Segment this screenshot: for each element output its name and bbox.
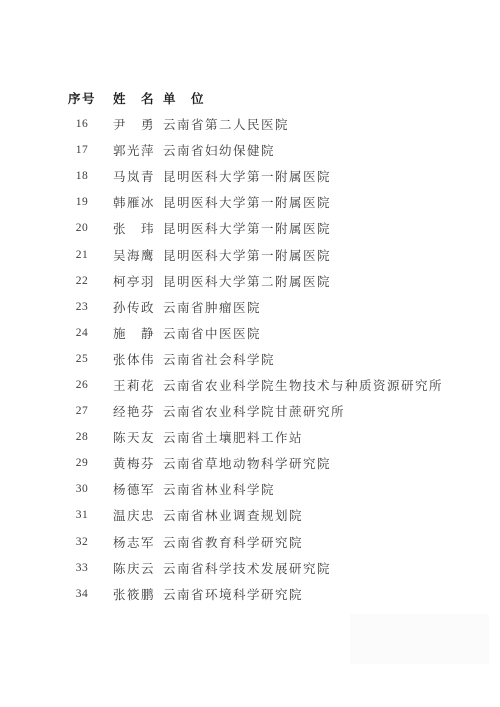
roster-table: 序号 姓 名 单 位 16 尹 勇 云南省第二人民医院 17 郭光萍 云南省妇幼…	[68, 85, 484, 607]
row-unit: 云南省环境科学研究院	[163, 585, 484, 603]
row-unit: 云南省草地动物科学研究院	[163, 454, 484, 472]
table-row: 29 黄梅芬 云南省草地动物科学研究院	[68, 450, 484, 476]
header-col-number: 序号	[68, 89, 96, 107]
row-name: 韩雁冰	[113, 193, 163, 211]
row-unit: 云南省农业科学院生物技术与种质资源研究所	[163, 376, 484, 394]
roster-table-body: 16 尹 勇 云南省第二人民医院 17 郭光萍 云南省妇幼保健院 18 马岚青 …	[68, 111, 484, 607]
row-number: 29	[68, 457, 96, 469]
row-number: 33	[68, 562, 96, 574]
row-name: 郭光萍	[113, 141, 163, 159]
row-name: 柯亭羽	[113, 272, 163, 290]
table-row: 34 张筱鹏 云南省环境科学研究院	[68, 581, 484, 607]
table-row: 32 杨志军 云南省教育科学研究院	[68, 529, 484, 555]
row-number: 30	[68, 483, 96, 495]
row-unit: 云南省中医医院	[163, 324, 484, 342]
row-name: 孙传政	[113, 298, 163, 316]
row-name: 陈庆云	[113, 559, 163, 577]
row-number: 28	[68, 431, 96, 443]
header-col-unit: 单 位	[163, 89, 484, 107]
table-row: 23 孙传政 云南省肿瘤医院	[68, 294, 484, 320]
row-unit: 云南省妇幼保健院	[163, 141, 484, 159]
row-unit: 昆明医科大学第二附属医院	[163, 272, 484, 290]
scan-artifact	[350, 614, 489, 664]
row-number: 32	[68, 536, 96, 548]
table-row: 26 王莉花 云南省农业科学院生物技术与种质资源研究所	[68, 372, 484, 398]
row-name: 陈天友	[113, 428, 163, 446]
table-row: 21 吴海鹰 昆明医科大学第一附属医院	[68, 241, 484, 267]
row-name: 杨志军	[113, 533, 163, 551]
row-number: 16	[68, 118, 96, 130]
row-unit: 云南省林业科学院	[163, 480, 484, 498]
row-unit: 云南省社会科学院	[163, 350, 484, 368]
table-row: 18 马岚青 昆明医科大学第一附属医院	[68, 163, 484, 189]
row-unit: 昆明医科大学第一附属医院	[163, 193, 484, 211]
scanned-document-page: 序号 姓 名 单 位 16 尹 勇 云南省第二人民医院 17 郭光萍 云南省妇幼…	[0, 0, 500, 707]
table-row: 28 陈天友 云南省土壤肥料工作站	[68, 424, 484, 450]
row-unit: 云南省肿瘤医院	[163, 298, 484, 316]
row-number: 25	[68, 353, 96, 365]
row-number: 19	[68, 196, 96, 208]
table-row: 30 杨德军 云南省林业科学院	[68, 476, 484, 502]
row-unit: 云南省农业科学院甘蔗研究所	[163, 402, 484, 420]
row-number: 31	[68, 509, 96, 521]
table-row: 27 经艳芬 云南省农业科学院甘蔗研究所	[68, 398, 484, 424]
row-unit: 昆明医科大学第一附属医院	[163, 167, 484, 185]
row-name: 马岚青	[113, 167, 163, 185]
row-name: 张体伟	[113, 350, 163, 368]
table-row: 24 施 静 云南省中医医院	[68, 320, 484, 346]
row-unit: 昆明医科大学第一附属医院	[163, 246, 484, 264]
table-row: 19 韩雁冰 昆明医科大学第一附属医院	[68, 189, 484, 215]
header-col-name: 姓 名	[113, 89, 163, 107]
table-row: 25 张体伟 云南省社会科学院	[68, 346, 484, 372]
row-name: 张 玮	[113, 219, 163, 237]
row-name: 施 静	[113, 324, 163, 342]
table-row: 20 张 玮 昆明医科大学第一附属医院	[68, 215, 484, 241]
row-number: 18	[68, 170, 96, 182]
row-name: 王莉花	[113, 376, 163, 394]
row-number: 34	[68, 588, 96, 600]
row-number: 26	[68, 379, 96, 391]
row-number: 21	[68, 249, 96, 261]
row-number: 23	[68, 301, 96, 313]
row-name: 温庆忠	[113, 506, 163, 524]
row-name: 经艳芬	[113, 402, 163, 420]
row-unit: 云南省林业调查规划院	[163, 506, 484, 524]
table-header-row: 序号 姓 名 单 位	[68, 85, 484, 111]
row-name: 张筱鹏	[113, 585, 163, 603]
row-name: 黄梅芬	[113, 454, 163, 472]
row-unit: 昆明医科大学第一附属医院	[163, 219, 484, 237]
table-row: 31 温庆忠 云南省林业调查规划院	[68, 502, 484, 528]
table-row: 17 郭光萍 云南省妇幼保健院	[68, 137, 484, 163]
row-unit: 云南省第二人民医院	[163, 115, 484, 133]
row-number: 27	[68, 405, 96, 417]
row-name: 杨德军	[113, 480, 163, 498]
row-unit: 云南省科学技术发展研究院	[163, 559, 484, 577]
row-number: 24	[68, 327, 96, 339]
table-row: 33 陈庆云 云南省科学技术发展研究院	[68, 555, 484, 581]
row-number: 20	[68, 222, 96, 234]
row-unit: 云南省土壤肥料工作站	[163, 428, 484, 446]
table-row: 22 柯亭羽 昆明医科大学第二附属医院	[68, 268, 484, 294]
table-row: 16 尹 勇 云南省第二人民医院	[68, 111, 484, 137]
row-number: 17	[68, 144, 96, 156]
row-unit: 云南省教育科学研究院	[163, 533, 484, 551]
row-name: 吴海鹰	[113, 246, 163, 264]
row-name: 尹 勇	[113, 115, 163, 133]
row-number: 22	[68, 275, 96, 287]
